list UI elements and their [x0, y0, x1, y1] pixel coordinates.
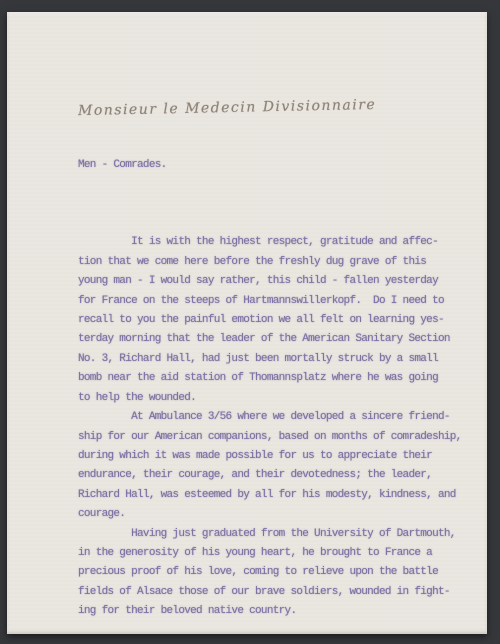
typed-line: endurance, their courage, and their devo…: [78, 466, 458, 485]
typed-line: At Ambulance 3/56 where we developed a s…: [78, 408, 458, 427]
typed-line: Richard Hall, was esteemed by all for hi…: [78, 486, 458, 505]
typed-line: in the generosity of his young heart, he…: [78, 544, 458, 563]
typed-body: Men - Comrades. It is with the highest r…: [78, 117, 458, 622]
typed-line: fields of Alsace those of our brave sold…: [78, 583, 458, 602]
typed-line: bomb near the aid station of Thomannspla…: [78, 369, 458, 388]
typed-line: for France on the steeps of Hartmannswil…: [78, 292, 458, 311]
letter-paper: Monsieur le Medecin Divisionnaire Men - …: [7, 12, 487, 634]
typed-line: Having just graduated from the Universit…: [78, 525, 458, 544]
typed-line: young man - I would say rather, this chi…: [78, 272, 458, 291]
typed-line: ing for their beloved native country.: [78, 602, 458, 621]
typed-line: It is with the highest respect, gratitud…: [78, 233, 458, 252]
typed-line: during which it was made possible for us…: [78, 447, 458, 466]
typed-line: No. 3, Richard Hall, had just been morta…: [78, 350, 458, 369]
typed-line: precious proof of his love, coming to re…: [78, 563, 458, 582]
typed-line: recall to you the painful emotion we all…: [78, 311, 458, 330]
typed-salutation: Men - Comrades.: [78, 156, 458, 175]
typed-line: tion that we come here before the freshl…: [78, 253, 458, 272]
typed-line: to help the wounded.: [78, 389, 458, 408]
typed-line: terday morning that the leader of the Am…: [78, 330, 458, 349]
scanned-letter-page: { "colors": { "background": "#35373b", "…: [0, 0, 500, 644]
handwritten-salutation: Monsieur le Medecin Divisionnaire: [78, 97, 377, 119]
typed-line: courage.: [78, 505, 458, 524]
typed-line: ship for our American companions, based …: [78, 428, 458, 447]
